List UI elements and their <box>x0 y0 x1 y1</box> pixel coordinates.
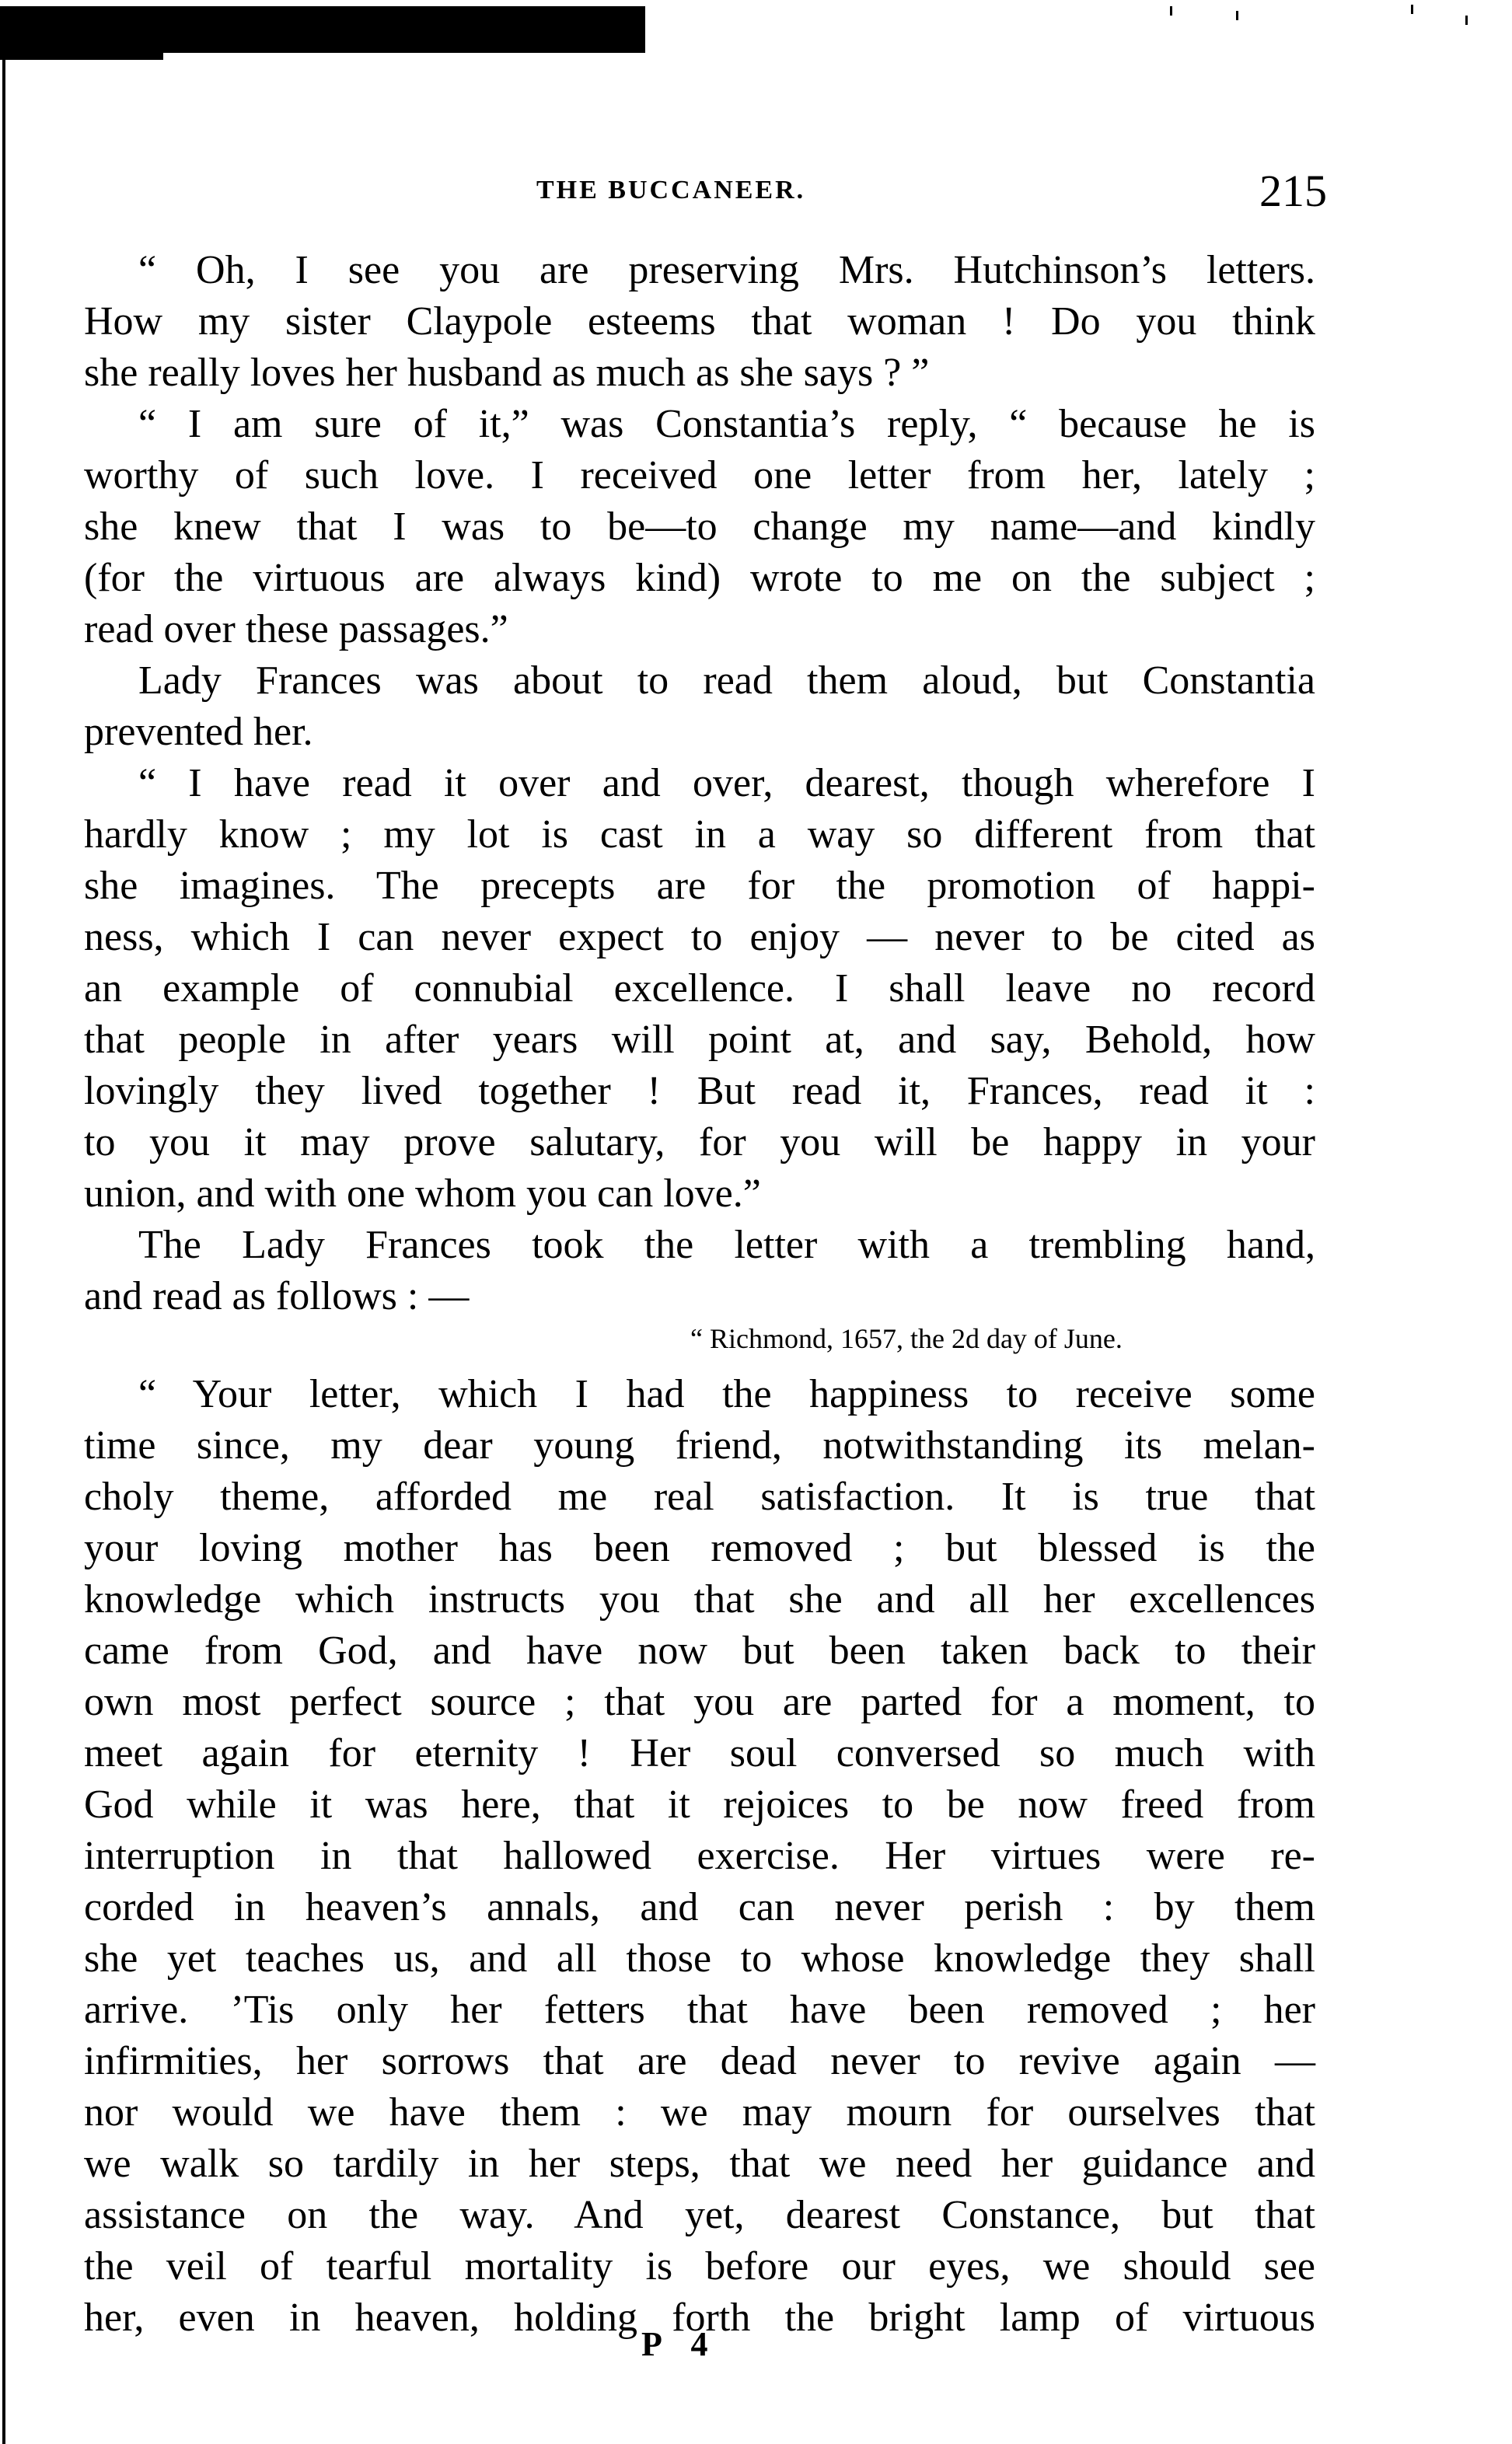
text-line: we walk so tardily in her steps, that we… <box>84 2141 1315 2187</box>
text-line: she imagines. The precepts are for the p… <box>84 863 1315 910</box>
text-line: time since, my dear young friend, notwit… <box>84 1423 1315 1469</box>
text-line: she knew that I was to be—to change my n… <box>84 504 1315 550</box>
page-number: 215 <box>1259 165 1327 217</box>
text-line: “ Oh, I see you are preserving Mrs. Hutc… <box>138 247 1315 294</box>
scan-artifact-left-edge <box>2 47 5 2444</box>
scan-artifact-top-bar-tail <box>0 43 163 60</box>
text-line: the veil of tearful mortality is before … <box>84 2243 1315 2290</box>
scan-speckle <box>1170 6 1172 16</box>
text-line: “ I have read it over and over, dearest,… <box>138 760 1315 807</box>
text-line: “ I am sure of it,” was Constantia’s rep… <box>138 401 1315 448</box>
running-head: THE BUCCANEER. 215 <box>0 173 1512 211</box>
text-line: “ Your letter, which I had the happiness… <box>138 1371 1315 1418</box>
text-line: hardly know ; my lot is cast in a way so… <box>84 812 1315 858</box>
text-line: meet again for eternity ! Her soul conve… <box>84 1730 1315 1777</box>
text-line: union, and with one whom you can love.” <box>84 1171 1315 1217</box>
text-line: God while it was here, that it rejoices … <box>84 1782 1315 1828</box>
running-title: THE BUCCANEER. <box>536 176 805 205</box>
text-line: (for the virtuous are always kind) wrote… <box>84 555 1315 602</box>
text-line: The Lady Frances took the letter with a … <box>138 1222 1315 1269</box>
text-line: ness, which I can never expect to enjoy … <box>84 914 1315 961</box>
signature-mark: P 4 <box>641 2324 718 2364</box>
text-line: she yet teaches us, and all those to who… <box>84 1936 1315 1982</box>
text-line: your loving mother has been removed ; bu… <box>84 1525 1315 1572</box>
text-line: and read as follows : — <box>84 1273 1315 1320</box>
text-line: she really loves her husband as much as … <box>84 350 1315 396</box>
text-line: corded in heaven’s annals, and can never… <box>84 1884 1315 1931</box>
text-line: worthy of such love. I received one lett… <box>84 452 1315 499</box>
text-line: knowledge which instructs you that she a… <box>84 1576 1315 1623</box>
text-line: own most perfect source ; that you are p… <box>84 1679 1315 1726</box>
text-line: assistance on the way. And yet, dearest … <box>84 2192 1315 2239</box>
text-line: nor would we have them : we may mourn fo… <box>84 2090 1315 2136</box>
text-line: an example of connubial excellence. I sh… <box>84 965 1315 1012</box>
dateline: “ Richmond, 1657, the 2d day of June. <box>690 1322 1123 1356</box>
text-line: infirmities, her sorrows that are dead n… <box>84 2038 1315 2085</box>
scan-speckle <box>1411 5 1413 14</box>
scan-speckle <box>1465 16 1468 25</box>
text-line: lovingly they lived together ! But read … <box>84 1068 1315 1115</box>
text-line: came from God, and have now but been tak… <box>84 1628 1315 1674</box>
text-line: that people in after years will point at… <box>84 1017 1315 1063</box>
scan-speckle <box>1236 11 1238 20</box>
text-line: Lady Frances was about to read them alou… <box>138 658 1315 704</box>
text-line: arrive. ’Tis only her fetters that have … <box>84 1987 1315 2034</box>
text-line: prevented her. <box>84 709 1315 756</box>
text-line: choly theme, afforded me real satisfacti… <box>84 1474 1315 1521</box>
text-line: interruption in that hallowed exercise. … <box>84 1833 1315 1880</box>
text-line: to you it may prove salutary, for you wi… <box>84 1119 1315 1166</box>
text-line: read over these passages.” <box>84 606 1315 653</box>
text-line: How my sister Claypole esteems that woma… <box>84 299 1315 345</box>
